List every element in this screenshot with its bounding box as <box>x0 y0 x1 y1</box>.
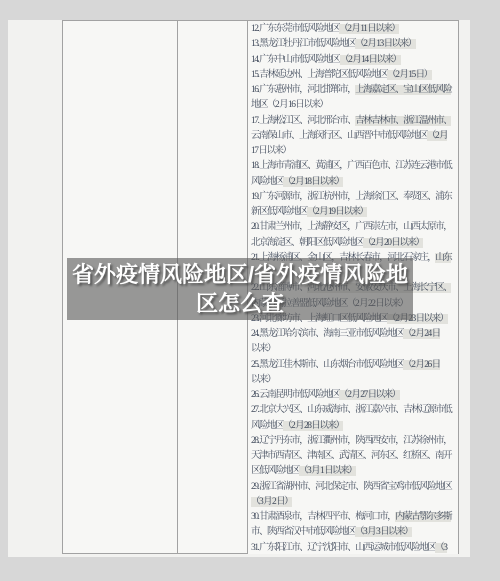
list-line: 31. 广东阳江市、辽宁沈阳市、山西运城市低风险地区（3 <box>251 541 457 556</box>
list-line: 15. 吉林延边州、上海普陀区低风险地区（2 月 15 日） <box>251 68 457 83</box>
list-line: 30. 甘肃酒泉市，吉林四平市、梅河口市，内蒙古鄂尔多斯 <box>251 510 457 525</box>
line-text: 以来） <box>251 375 275 385</box>
watermark-title-line1: 省外疫情风险地区/省外疫情风险地 <box>67 260 413 289</box>
list-line: 27. 北京大兴区、山东威海市、浙江嘉兴市、吉林辽源市低 <box>251 403 457 418</box>
highlighted-text: （3 <box>435 543 446 553</box>
line-text: 20. 甘肃兰州市，上海静安区，广西崇左市，山西太原市， <box>251 222 451 232</box>
line-text: 14. 广东中山市低风险地区 <box>251 55 340 65</box>
highlighted-text: 上海嘉定区、宝山区低风险 <box>355 85 451 95</box>
line-text: 27. 北京大兴区、山东威海市、浙江嘉兴市、吉林辽源市低 <box>251 405 451 415</box>
list-line: 新区低风险地区（2 月 19 日以来） <box>251 205 457 220</box>
highlighted-text: （3 月 1 日以来） <box>299 466 356 476</box>
line-text: 12. 广东东莞市低风险地区 <box>251 24 339 34</box>
list-line: 以来） <box>251 342 457 357</box>
highlighted-text: （2 月 14 日以来） <box>340 55 400 65</box>
highlighted-text: （2 月 <box>427 131 447 141</box>
list-line: 以来） <box>251 373 457 388</box>
list-line: 28. 辽宁丹东市，浙江衢州市，陕西西安市，江苏徐州市， <box>251 434 457 449</box>
watermark-overlay: 省外疫情风险地区/省外疫情风险地 区怎么查 <box>67 258 413 320</box>
list-line: 天津市西青区、津南区、武清区、河东区、红桥区、南开 <box>251 449 457 464</box>
line-text: 25. 黑龙江佳木斯市、山东烟台市低风险地区 <box>251 360 403 370</box>
row-bottom-border <box>62 553 248 554</box>
line-text: 以来） <box>251 344 275 354</box>
list-line: 18. 上海市青浦区、黄浦区，广西百色市、江苏连云港市低 <box>251 159 457 174</box>
line-text: 风险地区 <box>251 177 283 187</box>
line-text: 15. 吉林延边州、上海普陀区低风险地区 <box>251 70 387 80</box>
highlighted-text: （2 月 27 日以来） <box>339 390 399 400</box>
line-text: 云南保山市、上海闵行区、山西晋中市低风险地区 <box>251 131 427 141</box>
list-line: 14. 广东中山市低风险地区 （2 月 14 日以来） <box>251 53 457 68</box>
highlighted-text: （2 月 18 日以来） <box>283 177 343 187</box>
list-line: 26. 云南昆明市低风险地区（2 月 27 日以来） <box>251 388 457 403</box>
line-text: 29. 浙江省湖州市、河北保定市、陕西省宝鸡市低风险地区 <box>251 482 451 492</box>
screenshot-root: 12. 广东东莞市低风险地区（2 月 11 日以来）13. 黑龙江牡丹江市低风险… <box>0 0 500 581</box>
line-text: 31. 广东阳江市、辽宁沈阳市、山西运城市低风险地区 <box>251 543 435 553</box>
highlighted-text: （2 月 24 日 <box>403 329 439 339</box>
highlighted-text: （2 月 28 日以来） <box>283 421 343 431</box>
line-text: 17 日以来） <box>251 146 290 156</box>
highlighted-text: 山东 <box>435 253 451 263</box>
highlighted-text: （3 月 2 日） <box>251 497 292 507</box>
list-line: （3 月 2 日） <box>251 495 457 510</box>
line-text: 新区低风险地区 <box>251 207 307 217</box>
list-line: 12. 广东东莞市低风险地区（2 月 11 日以来） <box>251 22 457 37</box>
line-text: 16. 广东惠州市，河北邯郸市， <box>251 85 355 95</box>
list-line: 风险地区（2 月 28 日以来） <box>251 419 457 434</box>
list-line: 风险地区（2 月 18 日以来） <box>251 175 457 190</box>
highlighted-text: （2 月 19 日以来） <box>307 207 367 217</box>
line-text: 24. 黑龙江哈尔滨市、海南三亚市低风险地区 <box>251 329 403 339</box>
highlighted-text: （2 月 15 日） <box>387 70 431 80</box>
line-text: 风险地区 <box>251 421 283 431</box>
list-line: 25. 黑龙江佳木斯市、山东烟台市低风险地区（2 月 26 日 <box>251 358 457 373</box>
highlighted-text: 吉林吉林市、浙江温州市、 <box>355 116 451 126</box>
line-text: 市、陕西省汉中市低风险地区 <box>251 527 355 537</box>
list-line: 24. 黑龙江哈尔滨市、海南三亚市低风险地区（2 月 24 日 <box>251 327 457 342</box>
highlighted-text: （2 月 26 日 <box>403 360 439 370</box>
list-line: 19. 广东河源市，浙江杭州市，上海徐汇区、奉贤区、浦东 <box>251 190 457 205</box>
list-line: 17 日以来） <box>251 144 457 159</box>
line-text: 天津市西青区、津南区、武清区、河东区、红桥区、南开 <box>251 451 451 461</box>
list-line: 区低风险地区（3 月 1 日以来） <box>251 464 457 479</box>
list-line: 地区（2 月 16 日以来） <box>251 98 457 113</box>
line-text: 19. 广东河源市，浙江杭州市，上海徐汇区、奉贤区、浦东 <box>251 192 451 202</box>
highlighted-text: （2 月 13 日以来） <box>355 39 415 49</box>
list-line: 20. 甘肃兰州市，上海静安区，广西崇左市，山西太原市， <box>251 220 457 235</box>
highlighted-text: （2 月 11 日以来） <box>339 24 399 34</box>
line-text: 13. 黑龙江牡丹江市低风险地区 <box>251 39 355 49</box>
line-text: 28. 辽宁丹东市，浙江衢州市，陕西西安市，江苏徐州市， <box>251 436 451 446</box>
list-line: 市、陕西省汉中市低风险地区（3 月 3 日以来） <box>251 525 457 540</box>
list-line: 13. 黑龙江牡丹江市低风险地区（2 月 13 日以来） <box>251 37 457 52</box>
list-line: 17. 上海松江区、河北邢台市、吉林吉林市、浙江温州市、 <box>251 114 457 129</box>
line-text: 17. 上海松江区、河北邢台市、 <box>251 116 355 126</box>
list-line: 29. 浙江省湖州市、河北保定市、陕西省宝鸡市低风险地区 <box>251 480 457 495</box>
highlighted-text: （3 月 3 日以来） <box>355 527 412 537</box>
list-line: 16. 广东惠州市，河北邯郸市，上海嘉定区、宝山区低风险 <box>251 83 457 98</box>
line-text: 26. 云南昆明市低风险地区 <box>251 390 339 400</box>
line-text: 区低风险地区 <box>251 466 299 476</box>
line-text: 北京海淀区、朝阳区低风险地区 <box>251 238 363 248</box>
line-text: 18. 上海市青浦区、黄浦区，广西百色市、江苏连云港市低 <box>251 161 451 171</box>
watermark-title-line2: 区怎么查 <box>67 289 413 318</box>
line-text: 30. 甘肃酒泉市，吉林四平市、梅河口市， <box>251 512 395 522</box>
list-line: 北京海淀区、朝阳区低风险地区（2 月 20 日以来） <box>251 236 457 251</box>
list-line: 云南保山市、上海闵行区、山西晋中市低风险地区（2 月 <box>251 129 457 144</box>
highlighted-text: 内蒙古鄂尔多斯 <box>395 512 451 522</box>
line-text: 地区（2 月 16 日以来） <box>251 100 327 110</box>
highlighted-text: （2 月 20 日以来） <box>363 238 423 248</box>
